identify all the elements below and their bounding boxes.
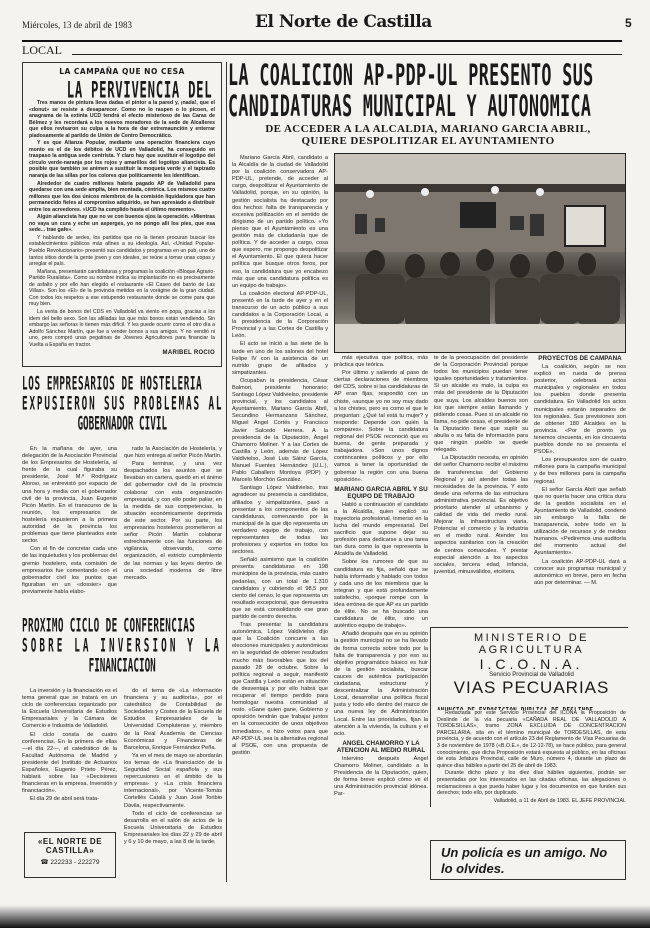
slogan-text: Un policía es un amigo. No lo olvides. bbox=[441, 845, 615, 877]
phone-box-numbers: ☎ 222233 - 222279 bbox=[25, 858, 115, 866]
phone-box: «EL NORTE DE CASTILLA» ☎ 222233 - 222279 bbox=[24, 832, 116, 878]
scan-edge bbox=[0, 905, 650, 928]
donut-kicker: LA CAMPAÑA QUE NO CESA bbox=[29, 67, 215, 76]
subsection-heading-2: ANGEL CHAMORRO Y LA ATENCION AL MEDIO RU… bbox=[334, 740, 428, 754]
main-col2: más ejecutiva que política, más práctica… bbox=[334, 355, 428, 885]
ad-notice-title: ANUNCIO DE EXPOSICION PUBLICA DE DESLIND… bbox=[437, 700, 626, 710]
subsection-heading: MARIANO GARCIA ABRIL Y SU EQUIPO DE TRAB… bbox=[334, 486, 428, 500]
conferencias-col1: La inversión y la financiación es el tem… bbox=[22, 688, 117, 813]
donut-byline: MARIBEL ROCIO bbox=[29, 350, 215, 356]
ad-title: VIAS PECUARIAS bbox=[437, 678, 626, 698]
issue-date: Miércoles, 13 de abril de 1983 bbox=[22, 20, 132, 30]
main-col4: PROYECTOS DE CAMPAÑA La coalición, según… bbox=[534, 355, 626, 590]
main-subheadline: DE ACCEDER A LA ALCALDIA, MARIANO GARCIA… bbox=[228, 123, 628, 147]
conferencias-col2: do el tema de «La información financiera… bbox=[124, 688, 222, 888]
section-rule bbox=[72, 54, 622, 55]
masthead-rule bbox=[22, 40, 622, 42]
photo-icon bbox=[335, 154, 625, 352]
donut-headline: LA PERVIVENCIA DEL DONUT bbox=[29, 78, 215, 100]
newspaper-logo: El Norte de Castilla bbox=[255, 12, 432, 32]
ad-body: Redactada por este Servicio Provincial d… bbox=[437, 710, 626, 804]
section-label: LOCAL bbox=[22, 43, 62, 58]
main-headline: LA COALICION AP-PDP-UL PRESENTO SUS CAND… bbox=[228, 60, 628, 122]
donut-article-box: LA CAMPAÑA QUE NO CESA LA PERVIVENCIA DE… bbox=[22, 62, 222, 367]
column-divider bbox=[226, 62, 227, 882]
main-col3: te de la preocupación del presidente de … bbox=[434, 355, 528, 590]
phone-box-line1: «EL NORTE DE bbox=[25, 837, 115, 846]
phone-box-line2: CASTILLA» bbox=[25, 846, 115, 855]
subsection-heading-3: PROYECTOS DE CAMPAÑA bbox=[534, 355, 626, 362]
campaign-photo bbox=[334, 153, 626, 353]
slogan-box: Un policía es un amigo. No lo olvides. bbox=[430, 840, 626, 880]
ad-ministry: MINISTERIO DE AGRICULTURA bbox=[437, 632, 626, 656]
hosteleria-col1: En la mañana de ayer, una delegación de … bbox=[22, 446, 117, 606]
telephone-icon: ☎ bbox=[40, 859, 48, 866]
icona-ad: MINISTERIO DE AGRICULTURA I.C.O.N.A. Ser… bbox=[430, 627, 628, 807]
donut-body: Tres manos de pintura lleva dadas el pin… bbox=[29, 100, 215, 350]
ad-agency: I.C.O.N.A. bbox=[437, 656, 626, 672]
page-number: 5 bbox=[625, 16, 632, 30]
hosteleria-col2: rado la Asociación de Hostelería, y que … bbox=[124, 446, 222, 606]
conferencias-headline: PROXIMO CICLO DE CONFERENCIAS SOBRE LA I… bbox=[22, 614, 222, 680]
main-col1: Mariano García Abril, candidato a la Alc… bbox=[232, 155, 328, 885]
hosteleria-headline: LOS EMPRESARIOS DE HOSTELERIA EXPUSIERON… bbox=[22, 372, 222, 432]
